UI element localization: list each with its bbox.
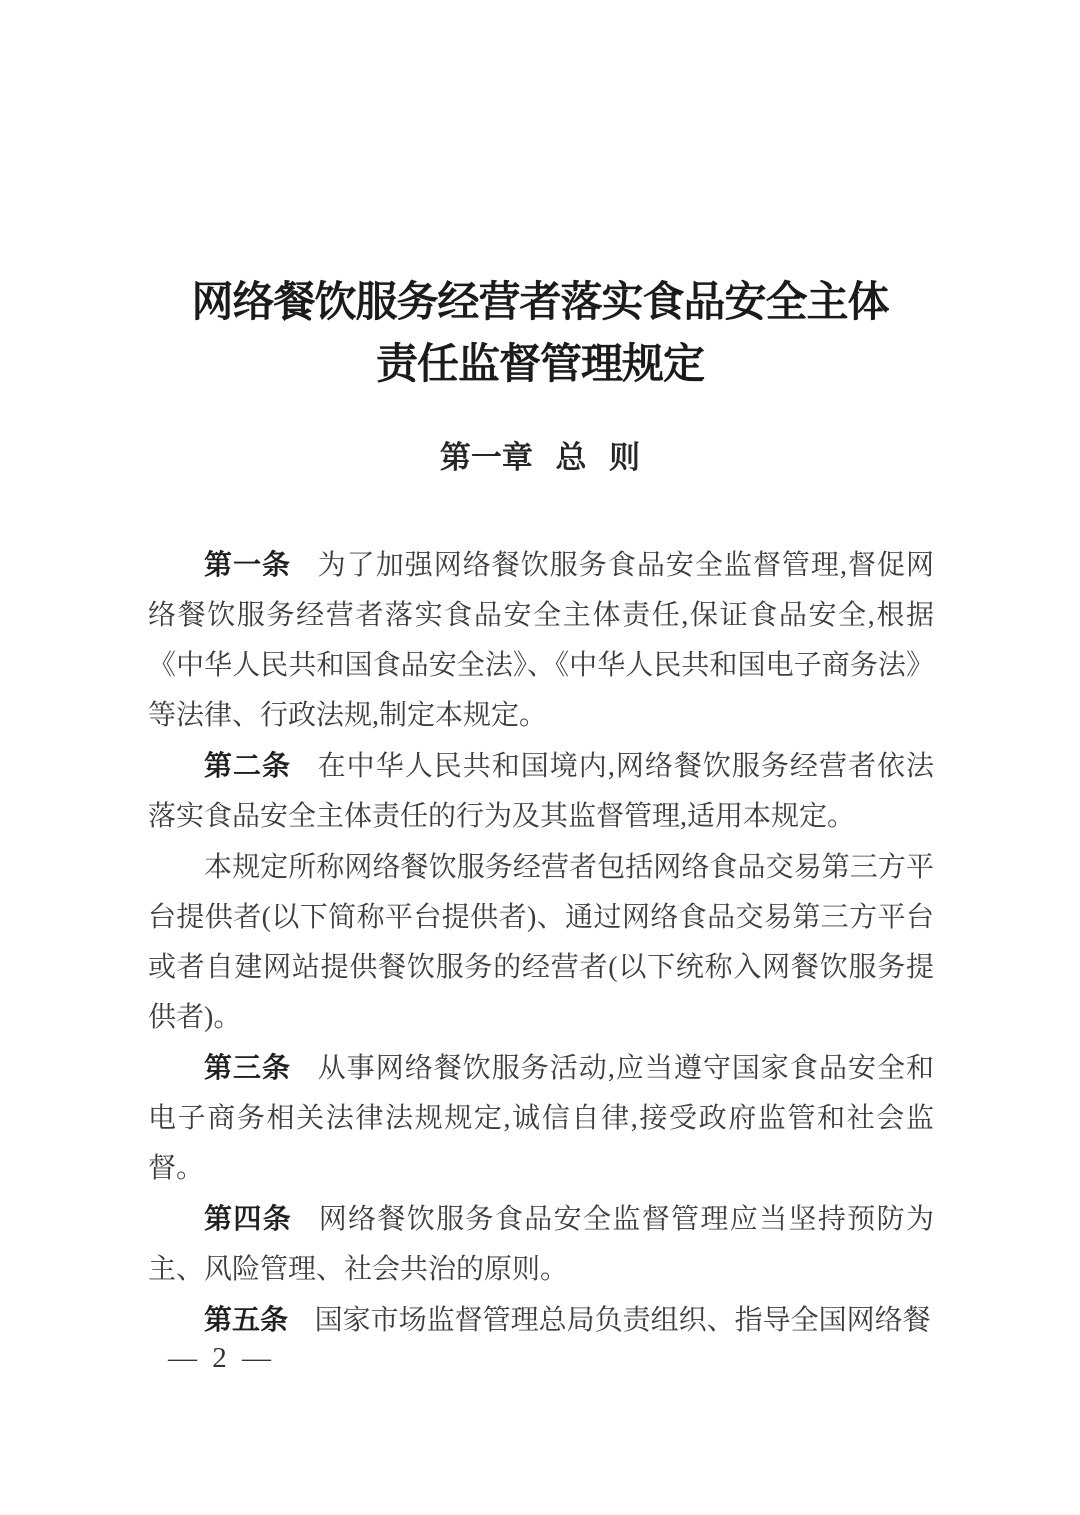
document-body: 第一条为了加强网络餐饮服务食品安全监督管理,督促网络餐饮服务经营者落实食品安全主… [148, 540, 934, 1346]
article-text: 本规定所称网络餐饮服务经营者包括网络食品交易第三方平台提供者(以下简称平台提供者… [148, 852, 934, 1033]
article-paragraph-5: 第四条网络餐饮服务食品安全监督管理应当坚持预防为主、风险管理、社会共治的原则。 [148, 1194, 934, 1295]
article-number-label: 第一条 [204, 549, 291, 580]
article-paragraph-3: 本规定所称网络餐饮服务经营者包括网络食品交易第三方平台提供者(以下简称平台提供者… [148, 842, 934, 1043]
article-number-label: 第五条 [204, 1304, 288, 1335]
page-number: — 2 — [168, 1340, 275, 1376]
article-text: 国家市场监督管理总局负责组织、指导全国网络餐 [315, 1305, 931, 1336]
article-paragraph-2: 第二条在中华人民共和国境内,网络餐饮服务经营者依法落实食品安全主体责任的行为及其… [148, 741, 934, 842]
article-paragraph-6: 第五条国家市场监督管理总局负责组织、指导全国网络餐 [148, 1295, 934, 1346]
chapter-heading: 第一章 总 则 [0, 438, 1080, 478]
document-title: 网络餐饮服务经营者落实食品安全主体 责任监督管理规定 [0, 272, 1080, 396]
document-page: 网络餐饮服务经营者落实食品安全主体 责任监督管理规定 第一章 总 则 第一条为了… [0, 0, 1080, 1515]
document-title-line-2: 责任监督管理规定 [0, 334, 1080, 396]
article-paragraph-4: 第三条从事网络餐饮服务活动,应当遵守国家食品安全和电子商务相关法律法规规定,诚信… [148, 1043, 934, 1194]
article-paragraph-1: 第一条为了加强网络餐饮服务食品安全监督管理,督促网络餐饮服务经营者落实食品安全主… [148, 540, 934, 741]
article-number-label: 第三条 [204, 1052, 291, 1083]
article-number-label: 第二条 [204, 750, 291, 781]
document-title-line-1: 网络餐饮服务经营者落实食品安全主体 [0, 272, 1080, 334]
article-number-label: 第四条 [204, 1203, 292, 1234]
